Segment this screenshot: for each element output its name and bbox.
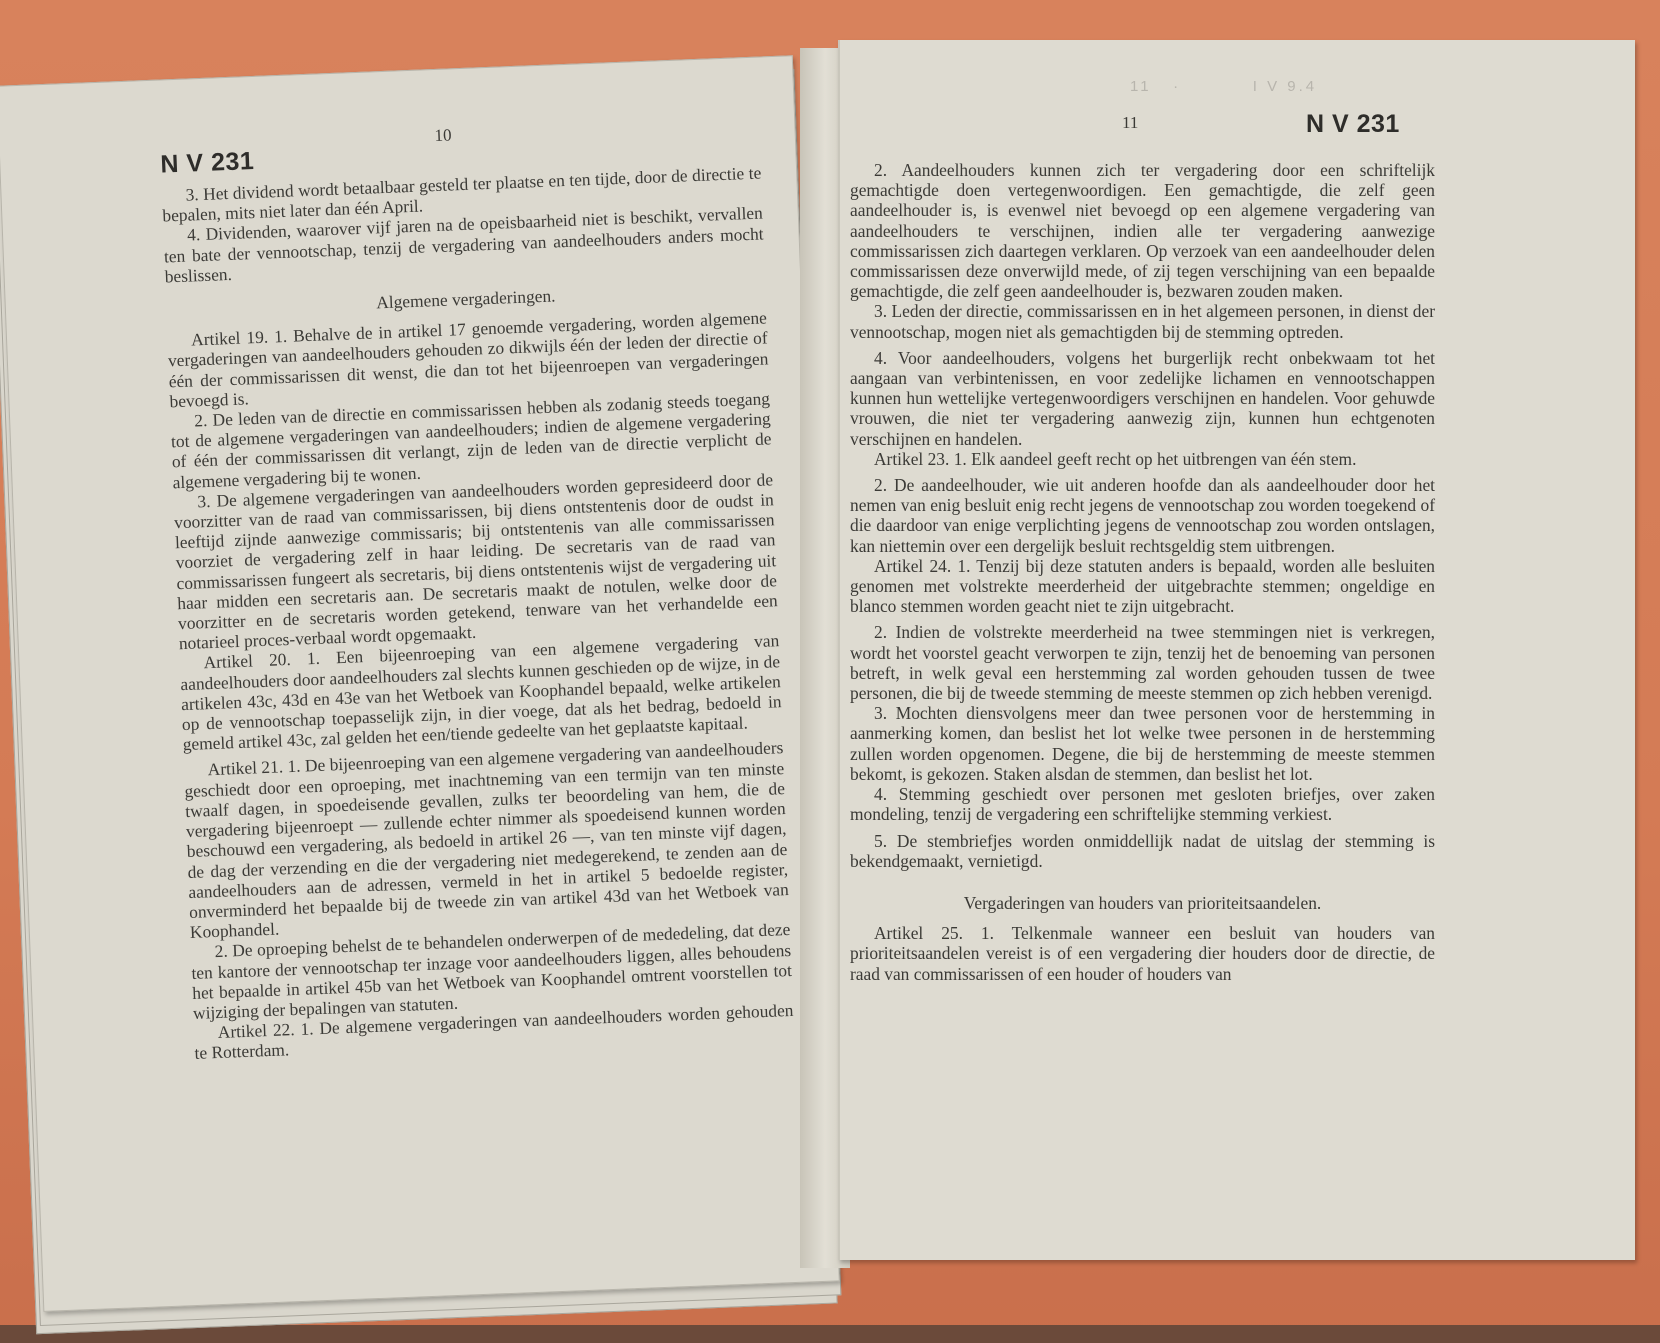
left-page-number: 10 [434, 125, 452, 146]
left-page: N V 231 10 3. Het dividend wordt betaalb… [0, 55, 840, 1312]
section-heading: Vergaderingen van houders van prioriteit… [850, 893, 1435, 913]
paragraph: Artikel 24. 1. Tenzij bij deze statuten … [850, 556, 1435, 617]
left-page-stack: N V 231 10 3. Het dividend wordt betaalb… [0, 55, 844, 1335]
right-page-body: 2. Aandeelhouders kunnen zich ter vergad… [850, 160, 1435, 984]
paragraph: 4. Stemming geschiedt over personen met … [850, 784, 1435, 824]
paragraph: 5. De stembriefjes worden onmiddellijk n… [850, 831, 1435, 871]
paragraph: 2. Indien de volstrekte meerderheid na t… [850, 622, 1435, 703]
bottom-edge [0, 1325, 1660, 1343]
right-page-code: N V 231 [1306, 110, 1400, 139]
bleed-through-mark: 11 · I V 9.4 [1130, 78, 1317, 95]
paragraph: 2. Aandeelhouders kunnen zich ter vergad… [850, 160, 1435, 301]
paragraph: 4. Voor aandeelhouders, volgens het burg… [850, 348, 1435, 449]
right-page: 11 · I V 9.4 11 N V 231 2. Aandeelhouder… [838, 40, 1635, 1260]
paragraph: 3. Leden der directie, commissarissen en… [850, 301, 1435, 341]
paragraph: Artikel 25. 1. Telkenmale wanneer een be… [850, 923, 1435, 984]
paragraph: 3. Mochten diensvolgens meer dan twee pe… [850, 703, 1435, 784]
paragraph: Artikel 21. 1. De bijeenroeping van een … [183, 738, 790, 943]
left-page-code: N V 231 [160, 147, 255, 180]
right-page-number: 11 [1122, 113, 1138, 133]
paragraph: 3. De algemene vergaderingen van aandeel… [173, 469, 779, 654]
paragraph: 2. De aandeelhouder, wie uit anderen hoo… [850, 475, 1435, 556]
paragraph: Artikel 23. 1. Elk aandeel geeft recht o… [850, 449, 1435, 469]
paragraph: Artikel 20. 1. Een bijeenroeping van een… [179, 631, 782, 755]
left-page-body: 3. Het dividend wordt betaalbaar gesteld… [161, 163, 794, 1064]
